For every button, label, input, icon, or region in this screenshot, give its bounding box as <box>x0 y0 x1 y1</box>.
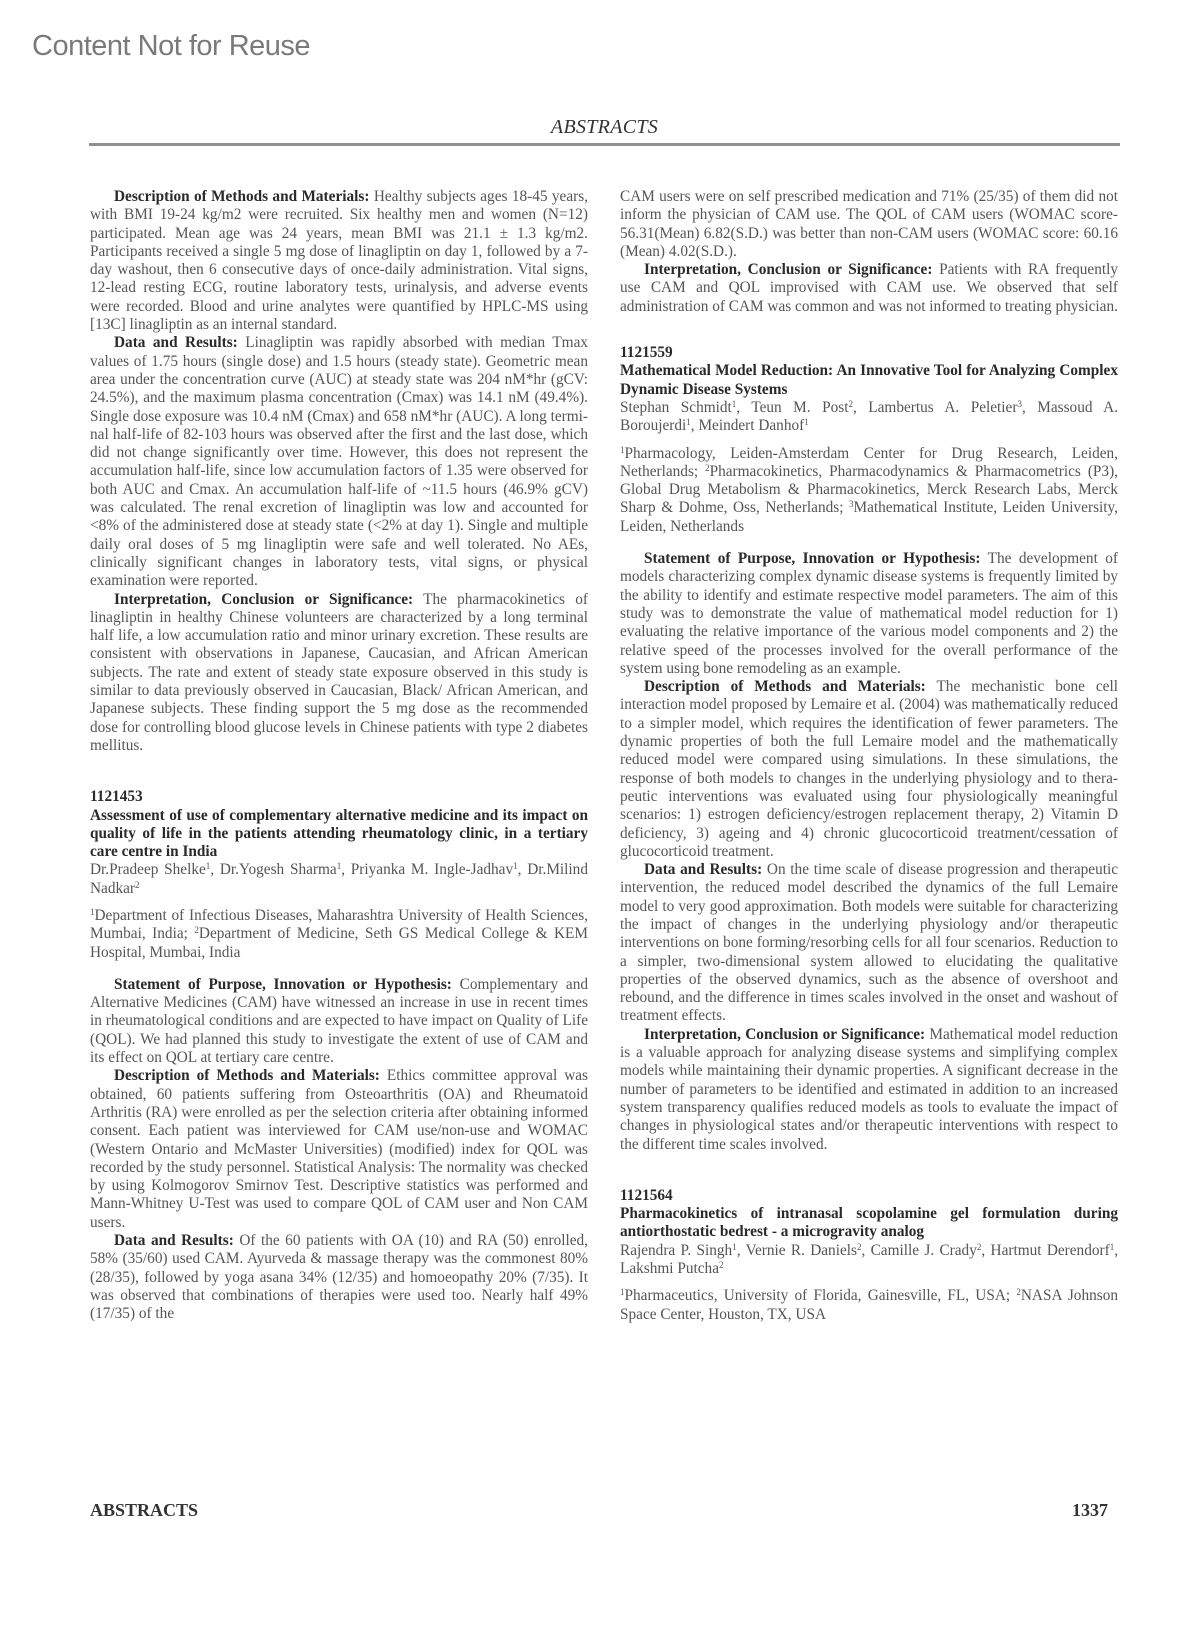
abstract-id: 1121564 <box>620 1187 1118 1205</box>
author: Meindert Danhof1 <box>698 417 808 434</box>
interpretation-paragraph: Interpretation, Conclusion or Significan… <box>90 591 588 756</box>
section-label: Interpretation, Conclusion or Significan… <box>644 261 932 278</box>
affiliations: 1Pharmaceutics, University of Florida, G… <box>620 1287 1118 1324</box>
author: Rajendra P. Singh1, <box>620 1242 746 1259</box>
results-paragraph: Data and Results: Of the 60 patients wit… <box>90 1232 588 1323</box>
author: Lambertus A. Peletier3, <box>868 399 1037 416</box>
abstract-id: 1121453 <box>90 788 588 806</box>
author-list: Rajendra P. Singh1, Vernie R. Daniels2, … <box>620 1242 1118 1279</box>
author: Priyanka M. Ingle-Jadhav1, <box>351 861 527 878</box>
section-text: On the time scale of disease progression… <box>620 861 1118 1024</box>
affiliations: 1Department of Infectious Diseases, Maha… <box>90 907 588 962</box>
section-label: Interpretation, Conclusion or Significan… <box>644 1026 925 1043</box>
author-list: Stephan Schmidt1, Teun M. Post2, Lambert… <box>620 399 1118 436</box>
author: Stephan Schmidt1, <box>620 399 751 416</box>
section-label: Description of Methods and Materials: <box>114 1067 380 1084</box>
abstract-title: Assessment of use of complementary alter… <box>90 807 588 862</box>
interpretation-paragraph: Interpretation, Conclusion or Significan… <box>620 1026 1118 1154</box>
section-text: Ethics committee approval was obtained, … <box>90 1067 588 1230</box>
section-label: Interpretation, Conclusion or Significan… <box>114 591 413 608</box>
abstract-id: 1121559 <box>620 344 1118 362</box>
header-divider <box>89 143 1120 146</box>
purpose-paragraph: Statement of Purpose, Innovation or Hypo… <box>90 976 588 1067</box>
footer-journal-name: ABSTRACTS <box>90 1500 198 1521</box>
results-paragraph-continued: CAM users were on self prescribed medica… <box>620 188 1118 261</box>
abstract-continued-linagliptin: Description of Methods and Materials: He… <box>90 188 588 755</box>
section-text: The mechanistic bone cell interaction mo… <box>620 678 1118 860</box>
author: Teun M. Post2, <box>751 399 868 416</box>
section-label: Data and Results: <box>644 861 762 878</box>
section-label: Description of Methods and Materials: <box>644 678 926 695</box>
section-label: Data and Results: <box>114 1232 234 1249</box>
section-label: Data and Results: <box>114 334 238 351</box>
page-number: 1337 <box>1072 1500 1108 1521</box>
purpose-paragraph: Statement of Purpose, Innovation or Hypo… <box>620 550 1118 678</box>
author: Vernie R. Daniels2, <box>746 1242 871 1259</box>
section-text: Healthy subjects ages 18-45 years, with … <box>90 188 588 333</box>
author: Camille J. Crady2, <box>871 1242 991 1259</box>
methods-paragraph: Description of Methods and Materials: Th… <box>620 678 1118 861</box>
section-label: Description of Methods and Materials: <box>114 188 369 205</box>
section-label: Statement of Purpose, Innovation or Hypo… <box>114 976 452 993</box>
section-text: Linagliptin was rapidly absorbed with me… <box>90 334 588 589</box>
running-head: ABSTRACTS <box>89 116 1120 139</box>
section-text: The devel­opment of models characterizin… <box>620 550 1118 677</box>
abstract-1121453: 1121453 Assessment of use of complementa… <box>90 788 588 1323</box>
author: Dr.Pradeep Shelke1, <box>90 861 220 878</box>
author: Dr.Yogesh Sharma1, <box>220 861 351 878</box>
section-text: Mathematical model reduction is a valuab… <box>620 1026 1118 1153</box>
section-label: Statement of Purpose, Innovation or Hypo… <box>644 550 980 567</box>
methods-paragraph: Description of Methods and Materials: Et… <box>90 1067 588 1232</box>
abstract-title: Pharmacokinetics of intranasal scopolami… <box>620 1205 1118 1242</box>
abstract-1121453-continued: CAM users were on self prescribed medica… <box>620 188 1118 316</box>
abstract-title: Mathematical Model Reduction: An Innovat… <box>620 362 1118 399</box>
author: Lakshmi Putcha2 <box>620 1260 724 1277</box>
right-column: CAM users were on self prescribed medica… <box>620 188 1118 1338</box>
author-list: Dr.Pradeep Shelke1, Dr.Yogesh Sharma1, P… <box>90 861 588 898</box>
watermark: Content Not for Reuse <box>32 30 310 63</box>
results-paragraph: Data and Results: On the time scale of d… <box>620 861 1118 1026</box>
section-text: The pharmacoki­netics of linagliptin in … <box>90 591 588 754</box>
results-paragraph: Data and Results: Linagliptin was rapidl… <box>90 334 588 590</box>
abstract-1121559: 1121559 Mathematical Model Reduction: An… <box>620 344 1118 1154</box>
abstract-1121564: 1121564 Pharmacokinetics of intranasal s… <box>620 1187 1118 1324</box>
author: Hartmut Derendorf1, <box>991 1242 1119 1259</box>
methods-paragraph: Description of Methods and Materials: He… <box>90 188 588 334</box>
left-column: Description of Methods and Materials: He… <box>90 188 588 1324</box>
interpretation-paragraph: Interpretation, Conclusion or Significan… <box>620 261 1118 316</box>
affiliations: 1Pharmacology, Leiden-Amsterdam Center f… <box>620 445 1118 536</box>
